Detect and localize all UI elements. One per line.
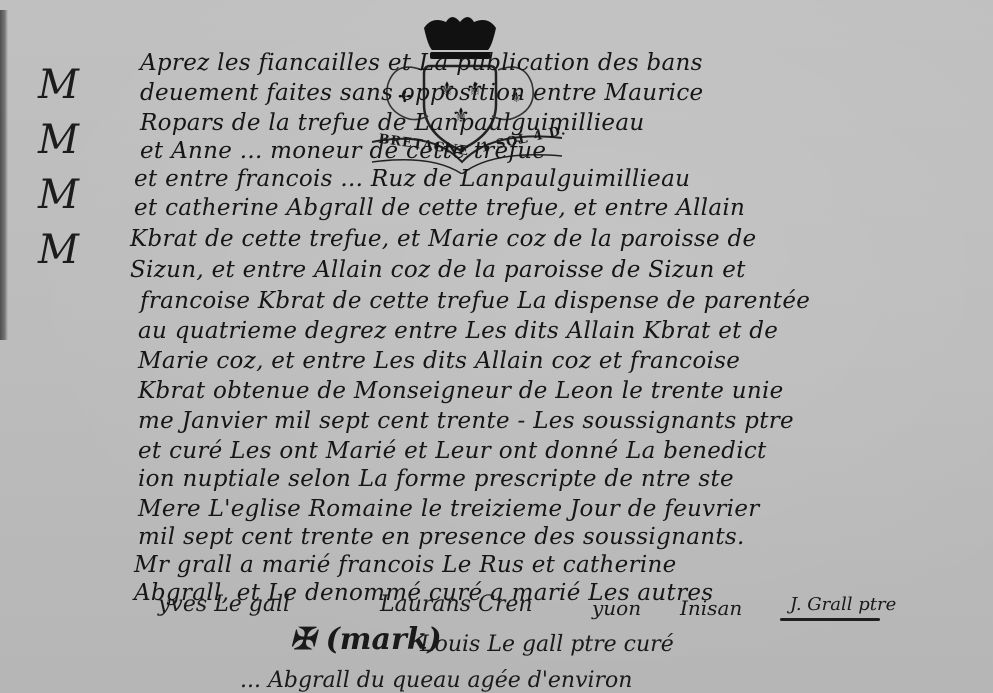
margin-mark: M — [38, 227, 73, 273]
margin-mark: M — [38, 62, 73, 108]
text-line: deuement faites sans opposition entre Ma… — [140, 80, 703, 106]
margin-mark: M — [38, 117, 73, 163]
text-line: Kbrat obtenue de Monseigneur de Leon le … — [138, 378, 784, 404]
text-line: francoise Kbrat de cette trefue La dispe… — [140, 288, 810, 314]
signature-mark: ✠ (mark) — [290, 622, 442, 657]
text-line: Mr grall a marié francois Le Rus et cath… — [134, 552, 677, 578]
text-line: et entre francois ... Ruz de Lanpaulguim… — [134, 166, 690, 192]
next-entry-text: ... Abgrall du queau agée d'environ — [240, 668, 632, 693]
signature: Louis Le gall ptre curé — [420, 632, 674, 657]
text-line: mil sept cent trente en presence des sou… — [138, 524, 745, 550]
signature: yves Le gall — [158, 592, 290, 617]
text-line: et catherine Abgrall de cette trefue, et… — [134, 195, 745, 221]
text-line: Ropars de la trefue de Lanpaulguimilliea… — [140, 110, 644, 136]
margin-mark: M — [38, 172, 73, 218]
text-line: et Anne ... moneur de cette trefue — [140, 138, 546, 164]
text-line: Sizun, et entre Allain coz de la paroiss… — [130, 257, 746, 283]
signature: J. Grall ptre — [790, 594, 896, 615]
page-binding-edge — [0, 10, 8, 340]
register-page: M M M M ⚜ ⚜ ⚜ ✢ ⚜ — [0, 0, 993, 693]
text-line: Kbrat de cette trefue, et Marie coz de l… — [130, 226, 756, 252]
text-line: Aprez les fiancailles et La publication … — [140, 50, 703, 76]
signature: Inisan — [680, 596, 742, 620]
text-line: et curé Les ont Marié et Leur ont donné … — [138, 438, 767, 464]
text-line: au quatrieme degrez entre Les dits Allai… — [138, 318, 778, 344]
signature: yuon — [592, 596, 641, 620]
text-line: Marie coz, et entre Les dits Allain coz … — [138, 348, 740, 374]
signature: Laurans Cren — [380, 592, 533, 617]
text-line: ion nuptiale selon La forme prescripte d… — [138, 466, 734, 492]
signature-underline — [780, 618, 880, 621]
text-line: me Janvier mil sept cent trente - Les so… — [138, 408, 794, 434]
text-line: Mere L'eglise Romaine le treizieme Jour … — [138, 496, 760, 522]
